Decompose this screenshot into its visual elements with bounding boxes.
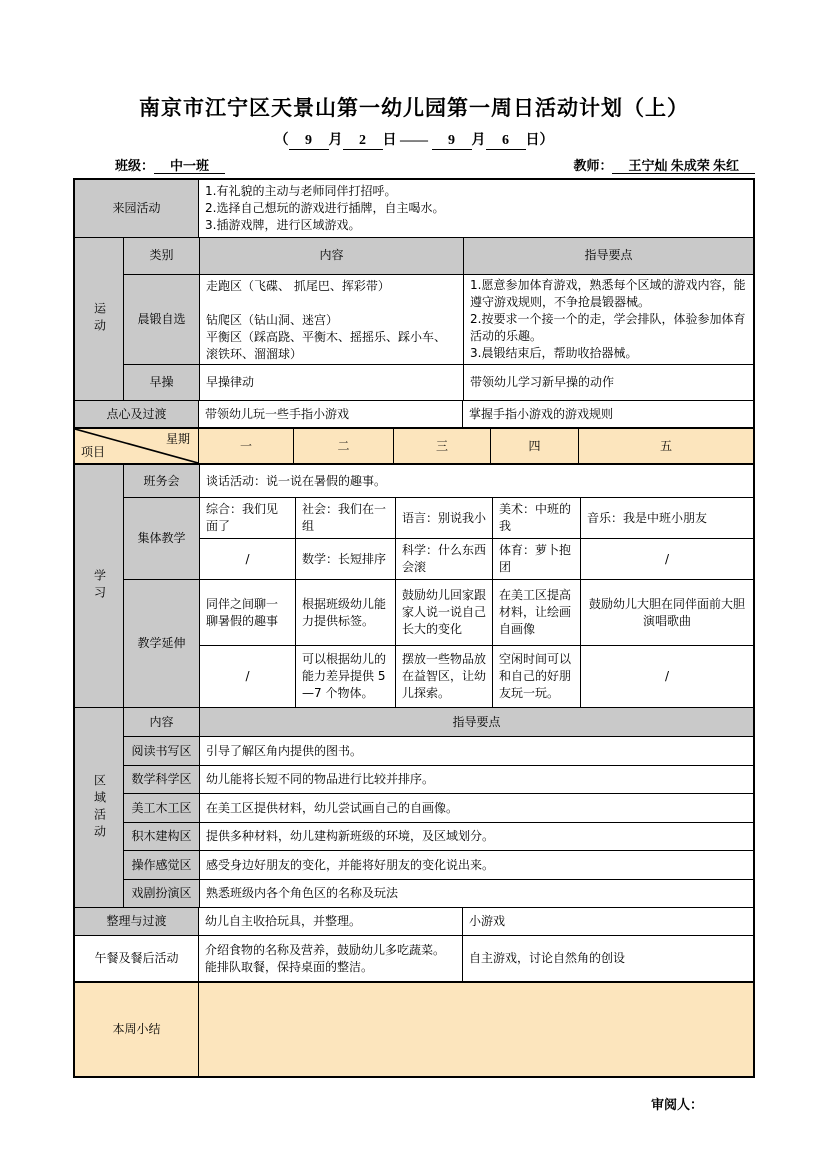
extension-row-1: 同伴之间聊一聊暑假的趣事 根据班级幼儿能力提供标签。 鼓励幼儿回家跟家人说一说自… [200,580,753,645]
region-row: 操作感觉区 感受身边好朋友的变化，并能将好朋友的变化说出来。 [124,850,753,879]
snack-label: 点心及过渡 [75,401,198,427]
lunch-label: 午餐及餐后活动 [75,936,198,981]
regions-body: 内容 指导要点 阅读书写区 引导了解区角内提供的图书。 数学科学区 幼儿能将长短… [123,708,753,907]
snack-guidance: 掌握手指小游戏的游戏规则 [462,401,753,427]
morning-guidance-line: 1.愿意参加体育游戏，熟悉每个区域的游戏内容，能遵守游戏规则，不争抢晨锻器械。 [470,277,747,311]
sport-label: 运动 [75,238,123,400]
date-day-unit-2: 日） [526,133,554,148]
extension-cell: 在美工区提高材料，让绘画自画像 [492,580,580,645]
lunch-content-line: 能排队取餐，保持桌面的整洁。 [205,959,456,976]
date-month-unit-2: 月 [472,133,486,148]
sport-header-row: 类别 内容 指导要点 [124,238,753,274]
extension-cell: 同伴之间聊一聊暑假的趣事 [200,580,295,645]
arrival-line-3: 3.插游戏牌，进行区域游戏。 [205,217,747,234]
morning-exercise-label: 晨锻自选 [124,275,199,364]
morning-content-line [206,295,457,312]
morning-guidance-line: 2.按要求一个接一个的走，学会排队，体验参加体育活动的乐趣。 [470,311,747,345]
region-name: 阅读书写区 [124,737,199,765]
regions-label: 区域活动 [75,708,123,907]
extension-cell: 鼓励幼儿回家跟家人说一说自己长大的变化 [395,580,492,645]
arrival-line-2: 2.选择自己想玩的游戏进行插牌，自主喝水。 [205,200,747,217]
extension-grid: 同伴之间聊一聊暑假的趣事 根据班级幼儿能力提供标签。 鼓励幼儿回家跟家人说一说自… [199,580,753,707]
lunch-row: 午餐及餐后活动 介绍食物的名称及营养，鼓励幼儿多吃蔬菜。 能排队取餐，保持桌面的… [75,935,753,981]
weekday-tue: 二 [293,429,393,463]
morning-gym-content: 早操律动 [199,365,463,401]
lesson-cell: 科学：什么东西会滚 [395,539,492,579]
lunch-content: 介绍食物的名称及营养，鼓励幼儿多吃蔬菜。 能排队取餐，保持桌面的整洁。 [198,936,462,981]
date-day-unit-1: 日 [383,133,397,148]
weekday-fri: 五 [578,429,753,463]
learning-section: 学习 班务会 谈话活动：说一说在暑假的趣事。 集体教学 综合：我们见面了 社会：… [75,463,753,707]
arrival-line-1: 1.有礼貌的主动与老师同伴打招呼。 [205,183,747,200]
document-page: 南京市江宁区天景山第一幼儿园第一周日活动计划（上） （9月2日 —— 9月6日）… [73,0,755,1113]
lesson-cell: / [200,539,295,579]
lesson-cell: / [580,539,753,579]
region-name: 数学科学区 [124,766,199,793]
group-teaching-row-2: / 数学：长短排序 科学：什么东西会滚 体育：萝卜抱团 / [200,538,753,579]
group-teaching-label: 集体教学 [124,498,199,579]
class-label: 班级： [115,158,154,173]
extension-label: 教学延伸 [124,580,199,707]
summary-label: 本周小结 [75,983,198,1076]
date-day-2: 6 [486,133,526,150]
region-guidance: 幼儿能将长短不同的物品进行比较并排序。 [199,766,753,793]
regions-content-header: 内容 [124,708,199,736]
lesson-cell: 音乐：我是中班小朋友 [580,498,753,538]
weekly-plan-table: 来园活动 1.有礼貌的主动与老师同伴打招呼。 2.选择自己想玩的游戏进行插牌，自… [73,178,755,1078]
meta-line: 班级：中一班 教师：王宁灿 朱成荣 朱红 [73,155,755,174]
weekday-header-row: 星期 项目 一 二 三 四 五 [75,427,753,463]
morning-exercise-row: 晨锻自选 走跑区（飞碟、 抓尾巴、挥彩带） 钻爬区（钻山洞、迷宫） 平衡区（踩高… [124,274,753,364]
morning-exercise-guidance: 1.愿意参加体育游戏，熟悉每个区域的游戏内容，能遵守游戏规则，不争抢晨锻器械。 … [463,275,753,364]
region-row: 阅读书写区 引导了解区角内提供的图书。 [124,736,753,765]
tidy-content: 幼儿自主收拾玩具，并整理。 [198,908,462,935]
region-guidance: 引导了解区角内提供的图书。 [199,737,753,765]
extension-row-2: / 可以根据幼儿的能力差异提供 5—7 个物体。 摆放一些物品放在益智区，让幼儿… [200,645,753,707]
summary-content [198,983,753,1076]
date-month-2: 9 [432,133,472,150]
region-name: 美工木工区 [124,794,199,822]
regions-guidance-header: 指导要点 [199,708,753,736]
lesson-cell: 社会：我们在一组 [295,498,395,538]
morning-gym-row: 早操 早操律动 带领幼儿学习新早操的动作 [124,364,753,401]
region-name: 操作感觉区 [124,851,199,879]
teacher-label: 教师： [573,158,612,173]
morning-gym-label: 早操 [124,365,199,401]
regions-header-row: 内容 指导要点 [124,708,753,736]
class-meeting-content: 谈话活动：说一说在暑假的趣事。 [199,465,753,497]
class-meeting-row: 班务会 谈话活动：说一说在暑假的趣事。 [124,465,753,497]
tidy-label: 整理与过渡 [75,908,198,935]
region-row: 美工木工区 在美工区提供材料，幼儿尝试画自己的自画像。 [124,793,753,822]
group-teaching-row-1: 综合：我们见面了 社会：我们在一组 语言：别说我小 美术：中班的我 音乐：我是中… [200,498,753,538]
learning-label: 学习 [75,465,123,707]
lesson-cell: 数学：长短排序 [295,539,395,579]
region-row: 戏剧扮演区 熟悉班级内各个角色区的名称及玩法 [124,879,753,907]
snack-content: 带领幼儿玩一些手指小游戏 [198,401,462,427]
date-month-1: 9 [289,133,329,150]
weekday-wed: 三 [393,429,490,463]
lunch-content-line: 介绍食物的名称及营养，鼓励幼儿多吃蔬菜。 [205,942,456,959]
region-guidance: 熟悉班级内各个角色区的名称及玩法 [199,880,753,907]
extension-cell: / [200,646,295,707]
extension-cell: 根据班级幼儿能力提供标签。 [295,580,395,645]
weekday-mon: 一 [198,429,293,463]
arrival-label: 来园活动 [75,180,198,237]
weekday-corner-cell: 星期 项目 [75,429,198,463]
class-meeting-label: 班务会 [124,465,199,497]
lesson-cell: 体育：萝卜抱团 [492,539,580,579]
morning-content-line: 平衡区（踩高跷、平衡木、摇摇乐、踩小车、滚铁环、溜溜球） [206,329,457,361]
teacher-field: 教师：王宁灿 朱成荣 朱红 [573,155,755,174]
region-guidance: 在美工区提供材料，幼儿尝试画自己的自画像。 [199,794,753,822]
tidy-row: 整理与过渡 幼儿自主收拾玩具，并整理。 小游戏 [75,907,753,935]
corner-item-label: 项目 [81,444,105,461]
date-dash: —— [400,133,428,148]
morning-content-line: 钻爬区（钻山洞、迷宫） [206,312,457,329]
date-open: （ [275,133,289,148]
extension-cell: 摆放一些物品放在益智区，让幼儿探索。 [395,646,492,707]
morning-gym-guidance: 带领幼儿学习新早操的动作 [463,365,753,401]
extension-cell: / [580,646,753,707]
lesson-cell: 综合：我们见面了 [200,498,295,538]
extension-cell: 空闲时间可以和自己的好朋友玩一玩。 [492,646,580,707]
tidy-guidance: 小游戏 [462,908,753,935]
sport-section: 运动 类别 内容 指导要点 晨锻自选 走跑区（飞碟、 抓尾巴、挥彩带） 钻爬区（… [75,237,753,400]
guidance-header: 指导要点 [463,238,753,274]
date-month-unit-1: 月 [329,133,343,148]
sport-body: 类别 内容 指导要点 晨锻自选 走跑区（飞碟、 抓尾巴、挥彩带） 钻爬区（钻山洞… [123,238,753,400]
content-header: 内容 [199,238,463,274]
category-header: 类别 [124,238,199,274]
lunch-guidance: 自主游戏，讨论自然角的创设 [462,936,753,981]
weekday-thu: 四 [490,429,578,463]
page-title: 南京市江宁区天景山第一幼儿园第一周日活动计划（上） [73,92,755,122]
arrival-row: 来园活动 1.有礼貌的主动与老师同伴打招呼。 2.选择自己想玩的游戏进行插牌，自… [75,180,753,237]
extension-row: 教学延伸 同伴之间聊一聊暑假的趣事 根据班级幼儿能力提供标签。 鼓励幼儿回家跟家… [124,579,753,707]
class-value: 中一班 [154,158,225,174]
region-row: 积木建构区 提供多种材料，幼儿建构新班级的环境，及区域划分。 [124,822,753,850]
date-range: （9月2日 —— 9月6日） [73,129,755,150]
morning-exercise-content: 走跑区（飞碟、 抓尾巴、挥彩带） 钻爬区（钻山洞、迷宫） 平衡区（踩高跷、平衡木… [199,275,463,364]
extension-cell: 可以根据幼儿的能力差异提供 5—7 个物体。 [295,646,395,707]
morning-guidance-line: 3.晨锻结束后，帮助收拾器械。 [470,345,747,362]
regions-section: 区域活动 内容 指导要点 阅读书写区 引导了解区角内提供的图书。 数学科学区 幼… [75,707,753,907]
region-guidance: 感受身边好朋友的变化，并能将好朋友的变化说出来。 [199,851,753,879]
reviewer-label: 审阅人： [73,1094,755,1113]
region-guidance: 提供多种材料，幼儿建构新班级的环境，及区域划分。 [199,823,753,850]
class-field: 班级：中一班 [115,155,225,174]
teacher-value: 王宁灿 朱成荣 朱红 [612,158,755,174]
arrival-content: 1.有礼貌的主动与老师同伴打招呼。 2.选择自己想玩的游戏进行插牌，自主喝水。 … [198,180,753,237]
lesson-cell: 语言：别说我小 [395,498,492,538]
region-row: 数学科学区 幼儿能将长短不同的物品进行比较并排序。 [124,765,753,793]
date-day-1: 2 [343,133,383,150]
region-name: 戏剧扮演区 [124,880,199,907]
corner-week-label: 星期 [166,431,190,448]
extension-cell: 鼓励幼儿大胆在同伴面前大胆演唱歌曲 [580,580,753,645]
group-teaching-row: 集体教学 综合：我们见面了 社会：我们在一组 语言：别说我小 美术：中班的我 音… [124,497,753,579]
lesson-cell: 美术：中班的我 [492,498,580,538]
group-teaching-grid: 综合：我们见面了 社会：我们在一组 语言：别说我小 美术：中班的我 音乐：我是中… [199,498,753,579]
learning-body: 班务会 谈话活动：说一说在暑假的趣事。 集体教学 综合：我们见面了 社会：我们在… [123,465,753,707]
region-name: 积木建构区 [124,823,199,850]
snack-row: 点心及过渡 带领幼儿玩一些手指小游戏 掌握手指小游戏的游戏规则 [75,400,753,427]
morning-content-line: 走跑区（飞碟、 抓尾巴、挥彩带） [206,278,457,295]
summary-row: 本周小结 [75,981,753,1076]
